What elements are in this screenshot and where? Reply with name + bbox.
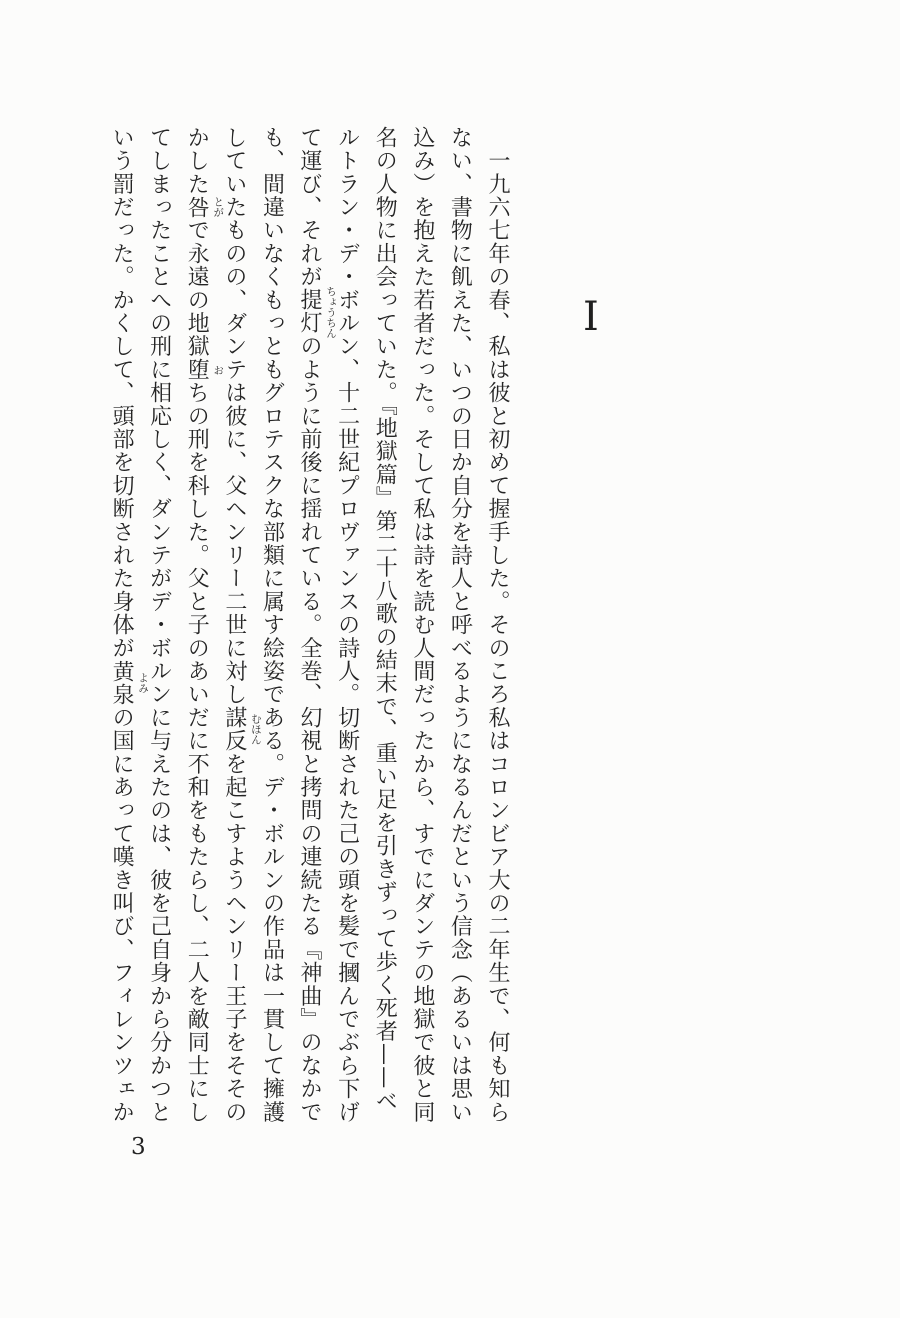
text-column-10: てしまったことへの刑に相応しく、ダンテがデ・ボルンに与えたのは、彼を己自身から分…: [140, 126, 178, 1132]
text-column-9: かした咎とがで永遠の地獄堕おちの刑を科した。父と子のあいだに不和をもたらし、二人…: [178, 126, 216, 1132]
body-text: 一九六七年の春、私は彼と初めて握手した。そのころ私はコロンビア大の二年生で、何も…: [102, 126, 516, 1132]
text-column-4: 名の人物に出会っていた。『地獄篇』第二十八歌の結末で、重い足を引きずって歩く死者…: [366, 126, 404, 1132]
text-column-6: て運び、それが提灯ちょうちんのように前後に揺れている。全巻、幻視と拷問の連続たる…: [290, 126, 328, 1132]
ruby-annotated-word: 黄泉よみ: [109, 660, 134, 706]
text-column-1: 一九六七年の春、私は彼と初めて握手した。そのころ私はコロンビア大の二年生で、何も…: [478, 126, 516, 1132]
text-column-2: ない、書物に飢えた、いつの日か自分を詩人と呼べるようになるんだという信念（あるい…: [441, 126, 479, 1132]
ruby-annotated-word: 提灯ちょうちん: [297, 288, 322, 334]
furigana: ちょうちん: [326, 285, 337, 338]
furigana: とが: [213, 197, 224, 218]
ruby-annotated-word: 咎とが: [184, 196, 209, 219]
chapter-number: I: [583, 297, 599, 337]
furigana: むほん: [250, 713, 261, 745]
ruby-annotated-word: 謀反むほん: [222, 706, 247, 752]
furigana: よみ: [138, 672, 149, 693]
page-number: 3: [131, 1136, 146, 1159]
text-column-5: ルトラン・デ・ボルン、十二世紀プロヴァンスの詩人。切断された己の頭を髪で摑んでぶ…: [328, 126, 366, 1132]
text-column-3: 込み）を抱えた若者だった。そして私は詩を読む人間だったから、すでにダンテの地獄で…: [403, 126, 441, 1132]
ruby-annotated-word: 堕お: [184, 358, 209, 381]
furigana: お: [213, 364, 224, 375]
text-column-11: いう罰だった。かくして、頭部を切断された身体が黄泉よみの国にあって嘆き叫び、フィ…: [102, 126, 140, 1132]
text-column-8: していたものの、ダンテは彼に、父ヘンリー二世に対し謀反むほんを起こすようヘンリー…: [215, 126, 253, 1132]
book-page: I 一九六七年の春、私は彼と初めて握手した。そのころ私はコロンビア大の二年生で、…: [0, 0, 900, 1318]
text-column-7: も、間違いなくもっともグロテスクな部類に属す絵姿である。デ・ボルンの作品は一貫し…: [253, 126, 291, 1132]
